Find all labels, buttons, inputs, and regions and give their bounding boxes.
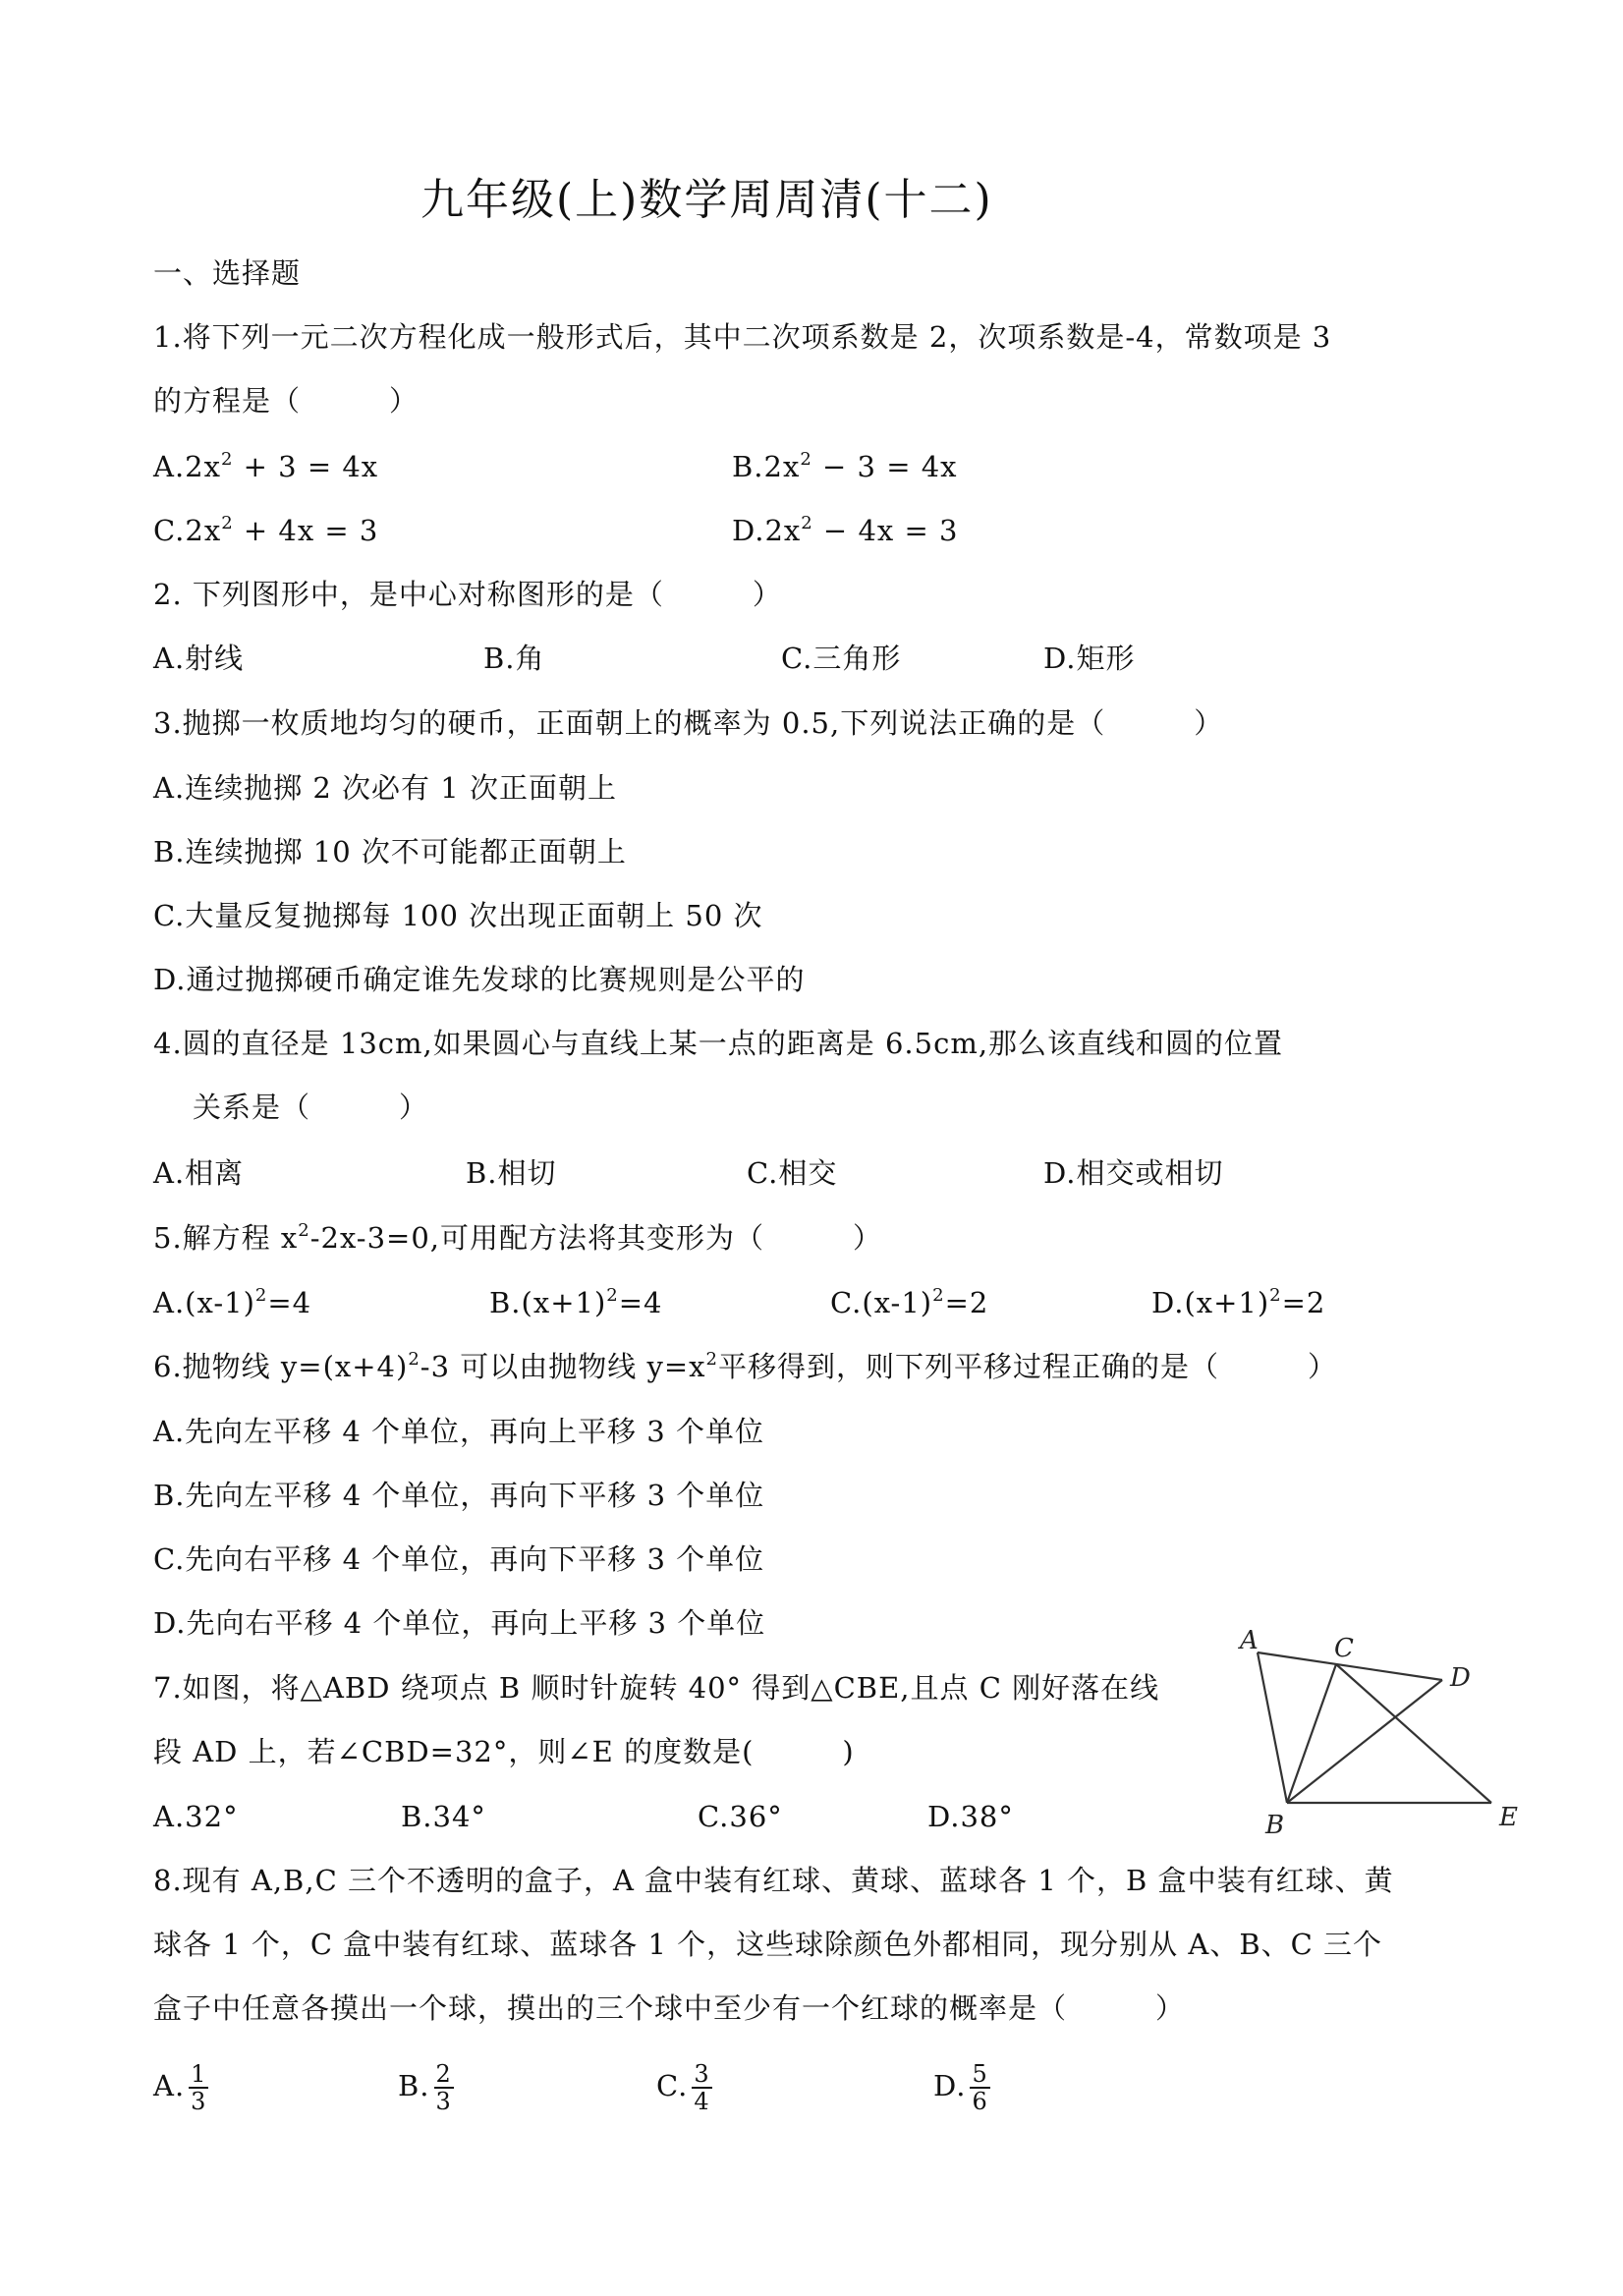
option-text: 矩形 bbox=[1076, 642, 1135, 675]
option-expr: − 4x = 3 bbox=[813, 514, 959, 547]
exponent: 2 bbox=[221, 513, 233, 533]
question-2-text: 2. 下列图形中，是中心对称图形的是（ ） bbox=[153, 575, 782, 614]
question-4-option-b[interactable]: B.相切 bbox=[466, 1153, 557, 1193]
question-5-option-c[interactable]: C.(x-1)2=2 bbox=[830, 1283, 988, 1322]
option-label: D. bbox=[1151, 1286, 1184, 1319]
option-expr: 2x bbox=[764, 450, 801, 483]
option-text: 连续抛掷 2 次必有 1 次正面朝上 bbox=[185, 771, 617, 805]
option-text: 大量反复抛掷每 100 次出现正面朝上 50 次 bbox=[185, 899, 762, 932]
question-4-text-line-2: 关系是（ ） bbox=[193, 1088, 428, 1127]
option-expr: (x+1) bbox=[1184, 1286, 1269, 1319]
question-text: -2x-3=0,可用配方法将其变形为（ ） bbox=[310, 1221, 882, 1255]
option-label: A. bbox=[153, 450, 185, 483]
question-1-text-line-1: 1.将下列一元二次方程化成一般形式后，其中二次项系数是 2，次项系数是-4，常数… bbox=[153, 317, 1331, 357]
point-label-a: A bbox=[1238, 1626, 1259, 1655]
point-label-c: C bbox=[1334, 1634, 1354, 1663]
question-8-option-d[interactable]: D.56 bbox=[933, 2061, 990, 2114]
question-7-option-c[interactable]: C.36° bbox=[698, 1797, 783, 1836]
page-title: 九年级(上)数学周周清(十二) bbox=[420, 173, 993, 228]
option-label: D. bbox=[927, 1800, 960, 1833]
question-3-option-a[interactable]: A.连续抛掷 2 次必有 1 次正面朝上 bbox=[153, 768, 617, 808]
option-text: 38° bbox=[960, 1800, 1013, 1833]
option-text: 相交 bbox=[778, 1156, 837, 1190]
option-text: 相切 bbox=[498, 1156, 557, 1190]
option-text: 相交或相切 bbox=[1076, 1156, 1223, 1190]
point-label-d: D bbox=[1449, 1663, 1471, 1693]
option-text: 通过抛掷硬币确定谁先发球的比赛规则是公平的 bbox=[186, 963, 805, 996]
option-text: 连续抛掷 10 次不可能都正面朝上 bbox=[186, 835, 627, 868]
question-4-option-d[interactable]: D.相交或相切 bbox=[1043, 1153, 1223, 1193]
rotation-triangle-figure: A C D B E bbox=[1236, 1621, 1540, 1847]
option-expr: =2 bbox=[1282, 1286, 1326, 1319]
option-text: 36° bbox=[729, 1800, 782, 1833]
fraction: 13 bbox=[189, 2061, 208, 2114]
exponent: 2 bbox=[298, 1220, 309, 1241]
option-label: A. bbox=[153, 2069, 185, 2102]
option-expr: + 4x = 3 bbox=[234, 514, 379, 547]
option-label: A. bbox=[153, 771, 185, 805]
denominator: 6 bbox=[972, 2089, 987, 2114]
option-label: D. bbox=[1043, 642, 1076, 675]
denominator: 4 bbox=[694, 2089, 709, 2114]
question-1-option-d[interactable]: D.2x2 − 4x = 3 bbox=[732, 511, 958, 550]
option-expr: 2x bbox=[185, 514, 221, 547]
question-8-option-b[interactable]: B.23 bbox=[398, 2061, 454, 2114]
section-heading: 一、选择题 bbox=[153, 253, 301, 293]
option-label: C. bbox=[153, 1542, 185, 1576]
option-text: 角 bbox=[516, 642, 545, 675]
fraction: 56 bbox=[970, 2061, 989, 2114]
denominator: 3 bbox=[191, 2089, 206, 2114]
question-5-option-d[interactable]: D.(x+1)2=2 bbox=[1151, 1283, 1325, 1322]
question-6-option-b[interactable]: B.先向左平移 4 个单位，再向下平移 3 个单位 bbox=[153, 1476, 764, 1515]
option-label: A. bbox=[153, 1156, 185, 1190]
numerator: 5 bbox=[970, 2061, 989, 2089]
question-1-text-line-2: 的方程是（ ） bbox=[153, 381, 419, 420]
numerator: 3 bbox=[692, 2061, 711, 2089]
question-7-text-line-1: 7.如图，将△ABD 绕项点 B 顺时针旋转 40° 得到△CBE,且点 C 刚… bbox=[153, 1668, 1159, 1708]
option-expr: =4 bbox=[619, 1286, 663, 1319]
question-4-option-a[interactable]: A.相离 bbox=[153, 1153, 244, 1193]
option-expr: − 3 = 4x bbox=[812, 450, 958, 483]
question-8-text-line-3: 盒子中任意各摸出一个球，摸出的三个球中至少有一个红球的概率是（ ） bbox=[153, 1988, 1185, 2028]
question-1-option-b[interactable]: B.2x2 − 3 = 4x bbox=[732, 447, 958, 486]
question-8-option-a[interactable]: A.13 bbox=[153, 2061, 208, 2114]
option-text: 先向右平移 4 个单位，再向下平移 3 个单位 bbox=[185, 1542, 764, 1576]
option-label: C. bbox=[747, 1156, 778, 1190]
exponent: 2 bbox=[255, 1285, 267, 1306]
question-2-option-a[interactable]: A.射线 bbox=[153, 639, 244, 678]
question-4-option-c[interactable]: C.相交 bbox=[747, 1153, 837, 1193]
segment-ab bbox=[1258, 1652, 1287, 1803]
option-label: A. bbox=[153, 1286, 185, 1319]
option-label: B. bbox=[732, 450, 764, 483]
exponent: 2 bbox=[932, 1285, 944, 1306]
question-8-option-c[interactable]: C.34 bbox=[656, 2061, 712, 2114]
option-label: C. bbox=[781, 642, 812, 675]
question-1-option-c[interactable]: C.2x2 + 4x = 3 bbox=[153, 511, 378, 550]
question-5-text: 5.解方程 x2-2x-3=0,可用配方法将其变形为（ ） bbox=[153, 1218, 882, 1258]
option-label: D. bbox=[153, 1606, 186, 1640]
question-7-option-a[interactable]: A.32° bbox=[153, 1797, 239, 1836]
denominator: 3 bbox=[436, 2089, 452, 2114]
question-text: 6.抛物线 y=(x+4) bbox=[153, 1350, 408, 1383]
option-expr: (x-1) bbox=[185, 1286, 255, 1319]
question-4-text-line-1: 4.圆的直径是 13cm,如果圆心与直线上某一点的距离是 6.5cm,那么该直线… bbox=[153, 1024, 1283, 1063]
option-expr: =2 bbox=[945, 1286, 989, 1319]
question-3-text: 3.抛掷一枚质地均匀的硬币，正面朝上的概率为 0.5,下列说法正确的是（ ） bbox=[153, 703, 1223, 743]
question-6-option-c[interactable]: C.先向右平移 4 个单位，再向下平移 3 个单位 bbox=[153, 1540, 764, 1579]
option-text: 相离 bbox=[185, 1156, 244, 1190]
option-label: B. bbox=[401, 1800, 433, 1833]
option-label: C. bbox=[698, 1800, 729, 1833]
option-label: D. bbox=[1043, 1156, 1076, 1190]
option-text: 先向右平移 4 个单位，再向上平移 3 个单位 bbox=[186, 1606, 765, 1640]
option-label: B. bbox=[466, 1156, 498, 1190]
option-expr: 2x bbox=[185, 450, 221, 483]
exponent: 2 bbox=[606, 1285, 618, 1306]
question-8-text-line-1: 8.现有 A,B,C 三个不透明的盒子，A 盒中装有红球、黄球、蓝球各 1 个，… bbox=[153, 1861, 1394, 1900]
option-label: C. bbox=[656, 2069, 688, 2102]
question-7-option-b[interactable]: B.34° bbox=[401, 1797, 486, 1836]
question-7-text-line-2: 段 AD 上，若∠CBD=32°，则∠E 的度数是( ) bbox=[153, 1732, 855, 1771]
option-label: A. bbox=[153, 1800, 185, 1833]
question-8-text-line-2: 球各 1 个，C 盒中装有红球、蓝球各 1 个，这些球除颜色外都相同，现分别从 … bbox=[153, 1925, 1382, 1964]
question-3-option-d[interactable]: D.通过抛掷硬币确定谁先发球的比赛规则是公平的 bbox=[153, 960, 805, 999]
option-label: B. bbox=[153, 835, 186, 868]
exponent: 2 bbox=[1269, 1285, 1281, 1306]
question-1-option-a[interactable]: A.2x2 + 3 = 4x bbox=[153, 447, 378, 486]
question-2-option-d[interactable]: D.矩形 bbox=[1043, 639, 1135, 678]
option-label: D. bbox=[153, 963, 186, 996]
option-label: B. bbox=[153, 1479, 186, 1512]
question-5-option-a[interactable]: A.(x-1)2=4 bbox=[153, 1283, 311, 1322]
option-label: D. bbox=[732, 514, 764, 547]
option-label: B. bbox=[489, 1286, 522, 1319]
fraction: 23 bbox=[434, 2061, 454, 2114]
question-text: 5.解方程 x bbox=[153, 1221, 298, 1255]
question-2-option-b[interactable]: B.角 bbox=[483, 639, 545, 678]
option-text: 射线 bbox=[185, 642, 244, 675]
option-expr: (x-1) bbox=[862, 1286, 932, 1319]
option-label: C. bbox=[153, 899, 185, 932]
option-text: 先向左平移 4 个单位，再向下平移 3 个单位 bbox=[186, 1479, 765, 1512]
question-5-option-b[interactable]: B.(x+1)2=4 bbox=[489, 1283, 662, 1322]
numerator: 2 bbox=[434, 2061, 454, 2089]
option-text: 先向左平移 4 个单位，再向上平移 3 个单位 bbox=[185, 1415, 764, 1448]
question-3-option-b[interactable]: B.连续抛掷 10 次不可能都正面朝上 bbox=[153, 832, 627, 871]
option-label: B. bbox=[483, 642, 516, 675]
option-label: B. bbox=[398, 2069, 430, 2102]
question-text: 平移得到，则下列平移过程正确的是（ ） bbox=[718, 1350, 1337, 1383]
question-7-option-d[interactable]: D.38° bbox=[927, 1797, 1014, 1836]
fraction: 34 bbox=[692, 2061, 711, 2114]
point-label-e: E bbox=[1498, 1803, 1518, 1832]
question-3-option-c[interactable]: C.大量反复抛掷每 100 次出现正面朝上 50 次 bbox=[153, 896, 763, 935]
option-label: C. bbox=[153, 514, 185, 547]
exponent: 2 bbox=[800, 449, 811, 470]
exponent: 2 bbox=[221, 449, 233, 470]
question-6-text: 6.抛物线 y=(x+4)2-3 可以由抛物线 y=x2平移得到，则下列平移过程… bbox=[153, 1347, 1337, 1386]
question-text: -3 可以由抛物线 y=x bbox=[420, 1350, 706, 1383]
option-label: A. bbox=[153, 1415, 185, 1448]
exponent: 2 bbox=[706, 1349, 718, 1370]
segment-bd bbox=[1287, 1680, 1442, 1803]
point-label-b: B bbox=[1264, 1811, 1284, 1840]
option-text: 三角形 bbox=[812, 642, 901, 675]
option-label: A. bbox=[153, 642, 185, 675]
numerator: 1 bbox=[189, 2061, 208, 2089]
option-text: 32° bbox=[185, 1800, 238, 1833]
option-label: C. bbox=[830, 1286, 862, 1319]
option-expr: (x+1) bbox=[522, 1286, 607, 1319]
exponent: 2 bbox=[801, 513, 812, 533]
option-text: 34° bbox=[433, 1800, 486, 1833]
option-expr: =4 bbox=[267, 1286, 311, 1319]
option-expr: 2x bbox=[764, 514, 801, 547]
question-6-option-a[interactable]: A.先向左平移 4 个单位，再向上平移 3 个单位 bbox=[153, 1412, 764, 1451]
exponent: 2 bbox=[408, 1349, 420, 1370]
question-2-option-c[interactable]: C.三角形 bbox=[781, 639, 901, 678]
question-6-option-d[interactable]: D.先向右平移 4 个单位，再向上平移 3 个单位 bbox=[153, 1603, 765, 1643]
option-label: D. bbox=[933, 2069, 966, 2102]
option-expr: + 3 = 4x bbox=[233, 450, 378, 483]
